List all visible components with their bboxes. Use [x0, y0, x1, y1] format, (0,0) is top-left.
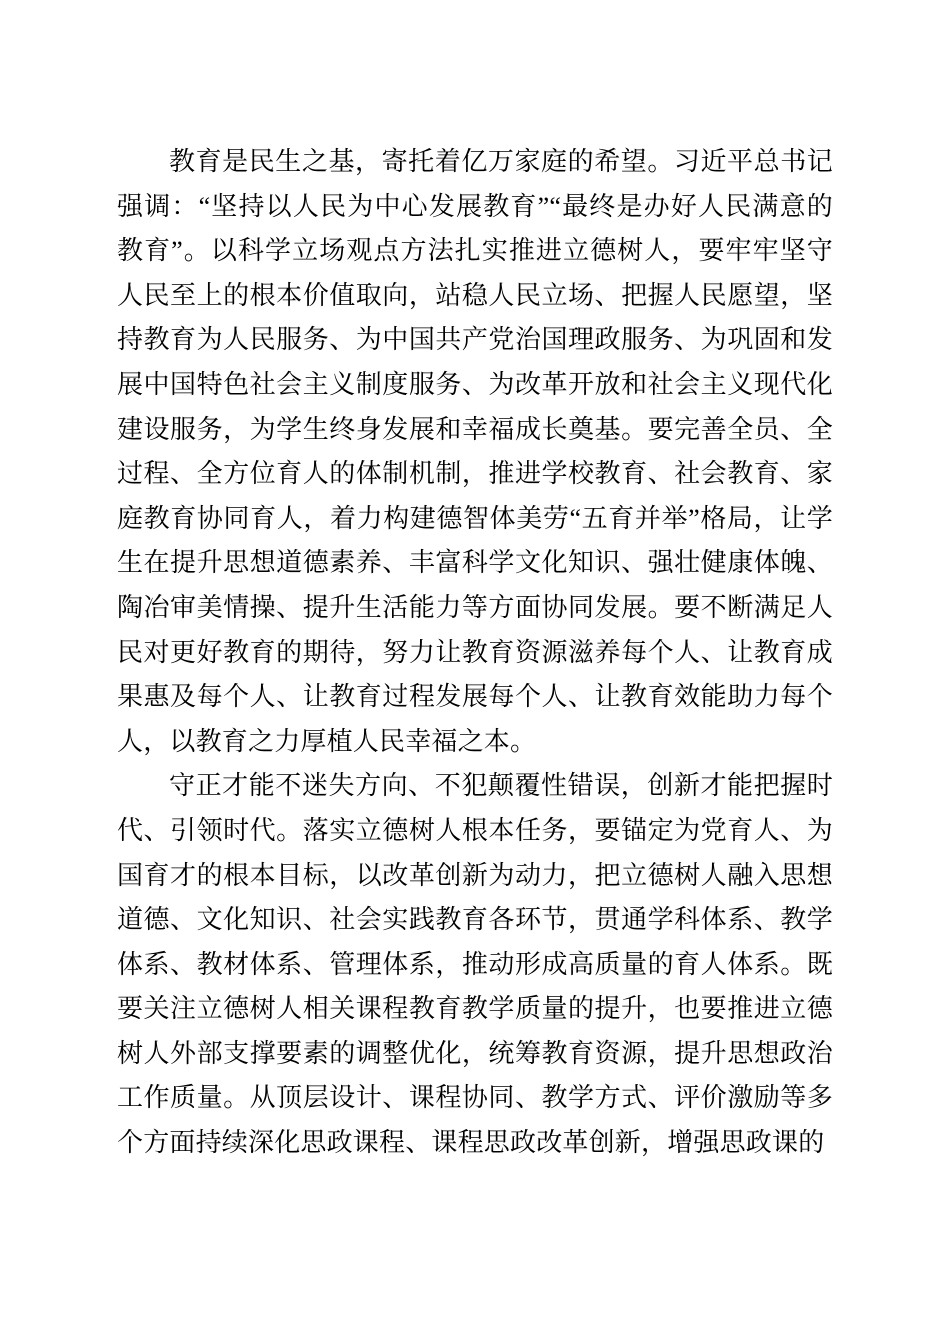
document-body: 教育是民生之基，寄托着亿万家庭的希望。习近平总书记强调：“坚持以人民为中心发展教… [117, 140, 833, 1166]
paragraph-1: 教育是民生之基，寄托着亿万家庭的希望。习近平总书记强调：“坚持以人民为中心发展教… [117, 140, 833, 764]
paragraph-2: 守正才能不迷失方向、不犯颠覆性错误，创新才能把握时代、引领时代。落实立德树人根本… [117, 764, 833, 1165]
document-page: 教育是民生之基，寄托着亿万家庭的希望。习近平总书记强调：“坚持以人民为中心发展教… [0, 0, 950, 1344]
